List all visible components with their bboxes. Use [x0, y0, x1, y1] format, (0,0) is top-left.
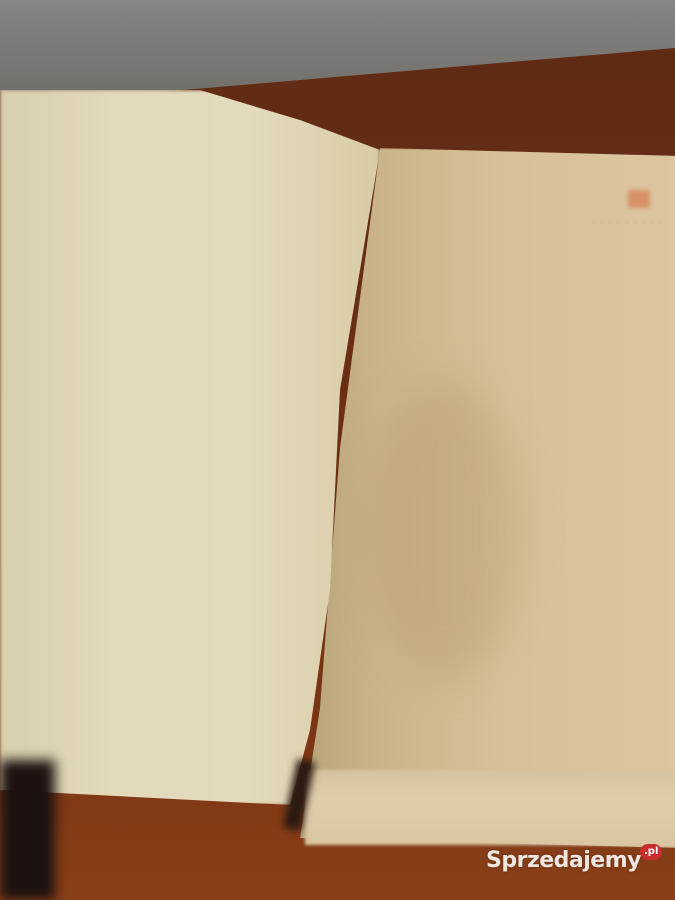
faint-printed-text: · · · · · · · · · [592, 219, 664, 227]
library-stamp [628, 190, 650, 208]
dark-object [0, 760, 55, 900]
watermark-tld-badge: .pl [640, 844, 662, 860]
watermark-brand: Sprzedajemy [486, 848, 641, 873]
book-photo: · · · · · · · · · [0, 0, 675, 900]
page-edges [305, 770, 675, 845]
page-stain [370, 380, 520, 680]
watermark-logo: Sprzedajemy .pl [486, 848, 662, 873]
